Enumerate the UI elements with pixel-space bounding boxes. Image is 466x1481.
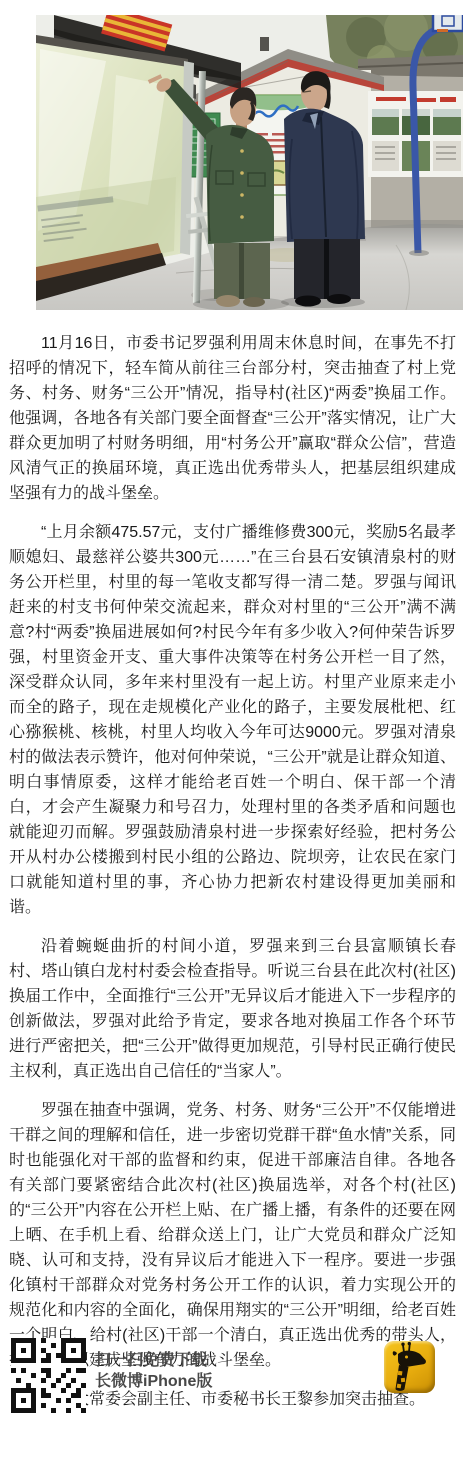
news-photo-art — [36, 15, 463, 310]
news-photo — [36, 15, 463, 310]
changweibo-app-icon — [384, 1341, 435, 1393]
article-body: 11月16日，市委书记罗强利用周末休息时间，在事先不打招呼的情况下，轻车简从前往… — [9, 331, 456, 1426]
download-line1: 扫一扫免费下载 — [95, 1350, 212, 1371]
paragraph-emphasis: 罗强在抽查中强调，党务、村务、财务“三公开”不仅能增进干群之间的理解和信任，进一… — [9, 1098, 456, 1373]
long-weibo-page: 11月16日，市委书记罗强利用周末休息时间，在事先不打招呼的情况下，轻车简从前往… — [0, 0, 466, 1481]
qr-code-icon — [11, 1338, 86, 1413]
paragraph-intro: 11月16日，市委书记罗强利用周末休息时间，在事先不打招呼的情况下，轻车简从前往… — [9, 331, 456, 506]
paragraph-inspection: 沿着蜿蜒曲折的村间小道，罗强来到三台县富顺镇长春村、塔山镇白龙村村委会检查指导。… — [9, 934, 456, 1084]
giraffe-icon — [384, 1341, 435, 1393]
app-promo-footer: 扫一扫免费下载 长微博iPhone版 — [0, 1337, 466, 1427]
download-prompt: 扫一扫免费下载 长微博iPhone版 — [95, 1350, 212, 1392]
download-line2: 长微博iPhone版 — [95, 1371, 212, 1392]
paragraph-qingquan: “上月余额475.57元，支付广播维修费300元，奖励5名最孝顺媳妇、最慈祥公婆… — [9, 520, 456, 920]
